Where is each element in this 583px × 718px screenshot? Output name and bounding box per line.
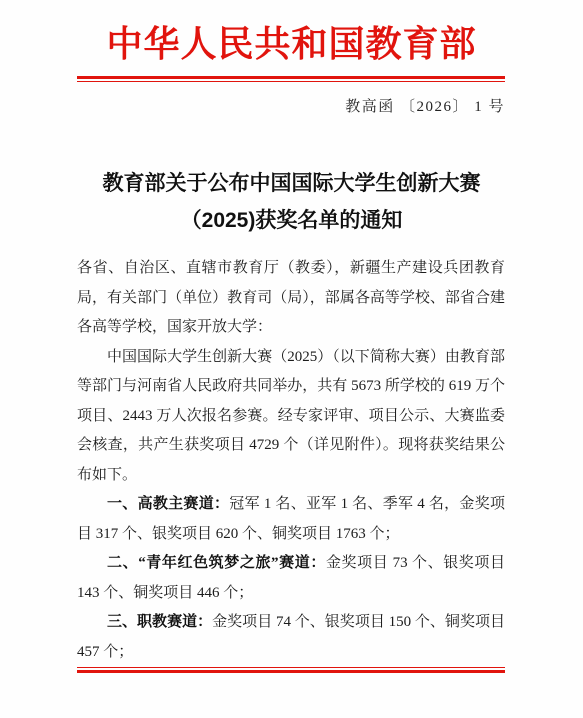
- red-divider-bottom-thick-line: [77, 670, 505, 673]
- paragraph-bold-heading: 三、职教赛道：: [107, 614, 212, 630]
- paragraph-bold-heading: 一、高教主赛道：: [107, 496, 229, 512]
- paragraph-bold-heading: 二、“青年红色筑梦之旅”赛道：: [107, 555, 326, 571]
- red-divider-top: [77, 76, 505, 82]
- document-page: 中华人民共和国教育部 教高函 〔2026〕 1 号 教育部关于公布中国国际大学生…: [0, 0, 583, 718]
- paragraph: 一、高教主赛道：冠军 1 名、亚军 1 名、季军 4 名，金奖项目 317 个、…: [77, 490, 505, 549]
- document-body: 各省、自治区、直辖市教育厅（教委），新疆生产建设兵团教育局，有关部门（单位）教育…: [77, 254, 505, 667]
- document-number: 教高函 〔2026〕 1 号: [77, 98, 505, 116]
- document-title-line-1: 教育部关于公布中国国际大学生创新大赛: [0, 165, 583, 202]
- paragraph: 二、“青年红色筑梦之旅”赛道：金奖项目 73 个、银奖项目 143 个、铜奖项目…: [77, 549, 505, 608]
- paragraph: 各省、自治区、直辖市教育厅（教委），新疆生产建设兵团教育局，有关部门（单位）教育…: [77, 254, 505, 343]
- paragraph: 中国国际大学生创新大赛（2025）（以下简称大赛）由教育部等部门与河南省人民政府…: [77, 343, 505, 491]
- document-title: 教育部关于公布中国国际大学生创新大赛 （2025)获奖名单的通知: [0, 165, 583, 239]
- red-divider-top-thin-line: [77, 81, 505, 82]
- ministry-header-title: 中华人民共和国教育部: [0, 23, 583, 65]
- paragraph: 三、职教赛道：金奖项目 74 个、银奖项目 150 个、铜奖项目 457 个；: [77, 608, 505, 667]
- document-title-line-2: （2025)获奖名单的通知: [0, 202, 583, 239]
- red-divider-bottom: [77, 667, 505, 673]
